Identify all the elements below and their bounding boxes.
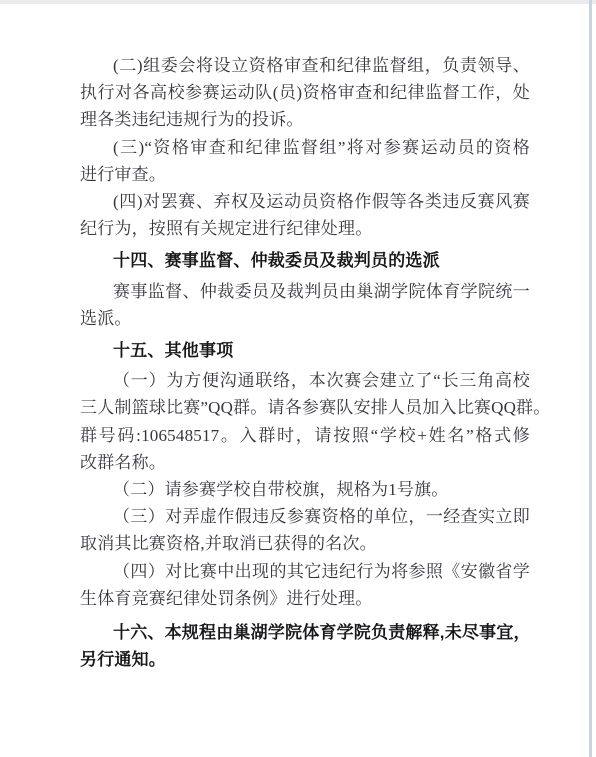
text-line: 另行通知。 [80, 646, 530, 673]
text-line: （二）请参赛学校自带校旗，规格为1号旗。 [80, 476, 530, 503]
paragraph: （二）请参赛学校自带校旗，规格为1号旗。 [80, 476, 530, 503]
text-line: （四）对比赛中出现的其它违纪行为将参照《安徽省学 [80, 558, 530, 585]
page-edge-line [589, 0, 592, 757]
text-line: 执行对各高校参赛运动队(员)资格审查和纪律监督工作，处 [80, 79, 530, 106]
document-page: (二)组委会将设立资格审查和纪律监督组，负责领导、执行对各高校参赛运动队(员)资… [0, 0, 596, 757]
text-line: 理各类违纪违规行为的投诉。 [80, 106, 530, 133]
paragraph: (二)组委会将设立资格审查和纪律监督组，负责领导、执行对各高校参赛运动队(员)资… [80, 52, 530, 134]
paragraph: （四）对比赛中出现的其它违纪行为将参照《安徽省学生体育竞赛纪律处罚条例》进行处理… [80, 558, 530, 612]
text-line: 十五、其他事项 [80, 337, 530, 364]
text-line: 十六、本规程由巢湖学院体育学院负责解释,未尽事宜， [80, 619, 530, 646]
text-line: (二)组委会将设立资格审查和纪律监督组，负责领导、 [80, 52, 530, 79]
paragraph: （一）为方便沟通联络，本次赛会建立了“长三角高校三人制篮球比赛”QQ群。请各参赛… [80, 367, 530, 476]
page-top-gap [0, 0, 596, 4]
text-line: (四)对罢赛、弃权及运动员资格作假等各类违反赛风赛 [80, 188, 530, 215]
text-line: 生体育竞赛纪律处罚条例》进行处理。 [80, 585, 530, 612]
text-line: 改群名称。 [80, 449, 530, 476]
text-line: （三）对弄虚作假违反参赛资格的单位，一经查实立即 [80, 503, 530, 530]
paragraph: 赛事监督、仲裁委员及裁判员由巢湖学院体育学院统一选派。 [80, 278, 530, 332]
text-line: 十四、赛事监督、仲裁委员及裁判员的选派 [80, 247, 530, 274]
document-body: (二)组委会将设立资格审查和纪律监督组，负责领导、执行对各高校参赛运动队(员)资… [80, 52, 530, 673]
text-line: 进行审查。 [80, 161, 530, 188]
text-line: （一）为方便沟通联络，本次赛会建立了“长三角高校 [80, 367, 530, 394]
paragraph: (三)“资格审查和纪律监督组”将对参赛运动员的资格进行审查。 [80, 134, 530, 188]
section-heading: 十四、赛事监督、仲裁委员及裁判员的选派 [80, 247, 530, 274]
section-heading: 十五、其他事项 [80, 337, 530, 364]
text-line: (三)“资格审查和纪律监督组”将对参赛运动员的资格 [80, 134, 530, 161]
text-line: 选派。 [80, 305, 530, 332]
text-line: 取消其比赛资格,并取消已获得的名次。 [80, 530, 530, 557]
section-heading: 十六、本规程由巢湖学院体育学院负责解释,未尽事宜，另行通知。 [80, 619, 530, 673]
paragraph: （三）对弄虚作假违反参赛资格的单位，一经查实立即取消其比赛资格,并取消已获得的名… [80, 503, 530, 557]
text-line: 赛事监督、仲裁委员及裁判员由巢湖学院体育学院统一 [80, 278, 530, 305]
text-line: 群号码:106548517。入群时，请按照“学校+姓名”格式修 [80, 422, 530, 449]
text-line: 纪行为，按照有关规定进行纪律处理。 [80, 215, 530, 242]
text-line: 三人制篮球比赛”QQ群。请各参赛队安排人员加入比赛QQ群。 [80, 394, 530, 421]
paragraph: (四)对罢赛、弃权及运动员资格作假等各类违反赛风赛纪行为，按照有关规定进行纪律处… [80, 188, 530, 242]
